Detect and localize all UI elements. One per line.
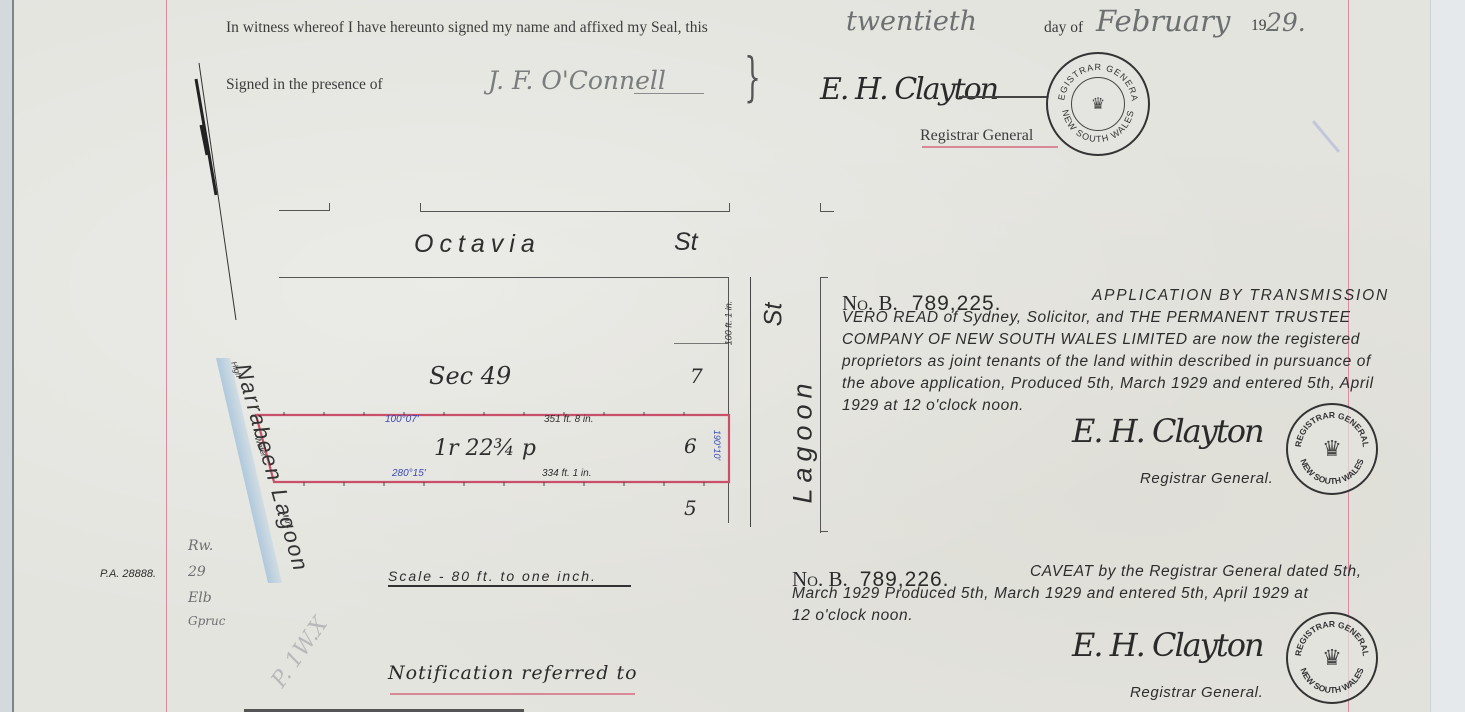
plan-boundary-top-left — [420, 203, 421, 212]
seal-bottom-text: NEW SOUTH WALES — [1060, 109, 1136, 144]
seal-top-text: REGISTRAR GENERAL — [1048, 54, 1140, 103]
plan-tick-a — [279, 210, 329, 211]
entry-1-title: Registrar General. — [1140, 470, 1273, 487]
binding-edge — [0, 0, 14, 712]
entry-line-1: APPLICATION BY TRANSMISSION — [1092, 287, 1389, 305]
length-top: 351 ft. 8 in. — [544, 414, 593, 425]
svg-text:REGISTRAR GENERAL: REGISTRAR GENERAL — [1048, 54, 1140, 103]
entry-line-4: proprietors as joint tenants of the land… — [842, 353, 1371, 371]
lot-5: 5 — [684, 496, 697, 520]
entry-line-3: COMPANY OF NEW SOUTH WALES LIMITED are n… — [842, 331, 1360, 349]
lot-dash — [674, 343, 728, 344]
entry-2-line-1: CAVEAT by the Registrar General dated 5t… — [1030, 563, 1362, 581]
seal-top-text: REGISTRAR GENERAL — [1293, 619, 1371, 657]
bearing-bottom: 280°15' — [392, 468, 426, 479]
lot-area: 1r 22¾ p — [434, 436, 536, 461]
bearing-right: 190°10' — [712, 430, 722, 460]
notification-underline — [390, 693, 635, 695]
plan-tick-b-end — [820, 211, 834, 212]
red-underline — [922, 146, 1058, 148]
bearing-top: 100°07' — [385, 414, 419, 425]
margin-initial-2: 29 — [188, 564, 206, 580]
lagoon-st-far-tick-top — [820, 277, 828, 278]
plan-reference: P.A. 28888. — [100, 568, 156, 580]
svg-text:NEW SOUTH WALES: NEW SOUTH WALES — [1298, 457, 1365, 486]
entry-bracket — [820, 277, 821, 533]
signature-flourish — [959, 96, 1049, 98]
registrar-title-top: Registrar General — [920, 127, 1033, 145]
seal-bottom-text: NEW SOUTH WALES — [1298, 666, 1365, 695]
seal-top-text: REGISTRAR GENERAL — [1293, 410, 1371, 448]
entry-line-2: VERO READ of Sydney, Solicitor, and THE … — [842, 309, 1351, 327]
witness-clause: In witness whereof I have hereunto signe… — [226, 19, 708, 37]
title-deed-page: In witness whereof I have hereunto signe… — [14, 0, 1430, 712]
seal-bottom-text: NEW SOUTH WALES — [1298, 457, 1365, 486]
margin-initial-3: Elb — [188, 590, 212, 606]
witness-signature: J. F. O'Connell — [488, 66, 666, 95]
svg-text:REGISTRAR GENERAL: REGISTRAR GENERAL — [1293, 619, 1371, 657]
blue-pencil-mark — [1312, 120, 1340, 153]
scan-margin-right — [1430, 0, 1465, 712]
street-lagoon: Lagoon — [788, 377, 819, 503]
entry-2-line-3: 12 o'clock noon. — [792, 607, 913, 625]
svg-text:NEW SOUTH WALES: NEW SOUTH WALES — [1060, 109, 1136, 144]
plan-boundary-top-right — [729, 203, 730, 212]
entry-2-signature: E. H. Clayton — [1072, 626, 1263, 664]
plan-boundary-top — [420, 211, 730, 212]
entry-2-line-2: March 1929 Produced 5th, March 1929 and … — [792, 585, 1308, 603]
street-lagoon-suffix: St — [759, 303, 788, 327]
svg-text:REGISTRAR GENERAL: REGISTRAR GENERAL — [1293, 410, 1371, 448]
registrar-seal-entry-2: REGISTRAR GENERAL NEW SOUTH WALES ♛ — [1286, 612, 1378, 704]
notification-referred: Notification referred to — [388, 662, 638, 684]
margin-initial-4: Gpruc — [188, 614, 225, 628]
entry-line-5: the above application, Produced 5th, Mar… — [842, 375, 1374, 393]
length-bottom: 334 ft. 1 in. — [542, 468, 591, 479]
year-handwritten: 29. — [1266, 8, 1306, 37]
scale-note: Scale - 80 ft. to one inch. — [388, 568, 597, 584]
lagoon-st-far-tick-bottom — [820, 531, 828, 532]
diagonal-margin-marks — [174, 55, 254, 335]
svg-text:NEW SOUTH WALES: NEW SOUTH WALES — [1298, 666, 1365, 695]
left-margin-rule — [166, 0, 167, 712]
registrar-signature-top: E. H. Clayton — [820, 72, 997, 107]
margin-initial-1: Rw. — [188, 538, 213, 554]
signature-tail — [634, 93, 704, 94]
year-printed: 19 — [1251, 17, 1267, 35]
street-octavia-suffix: St — [674, 228, 698, 257]
lagoon-st-edge — [750, 277, 751, 527]
registrar-seal-top: REGISTRAR GENERAL NEW SOUTH WALES ♛ — [1046, 52, 1150, 156]
octavia-st-frontage — [279, 277, 729, 278]
entry-2-title: Registrar General. — [1130, 684, 1263, 701]
brace-glyph: } — [744, 48, 761, 108]
entry-line-6: 1929 at 12 o'clock noon. — [842, 397, 1024, 415]
handwritten-day: twentieth — [846, 6, 977, 37]
registrar-seal-entry-1: REGISTRAR GENERAL NEW SOUTH WALES ♛ — [1286, 403, 1378, 495]
street-octavia: Octavia — [414, 230, 541, 259]
entry-1-signature: E. H. Clayton — [1072, 412, 1263, 450]
section-label: Sec 49 — [429, 362, 511, 390]
pencil-note: P. 1W.X — [267, 613, 333, 693]
scale-underline — [388, 585, 631, 587]
length-right-top: 100 ft. 1 in. — [723, 301, 733, 346]
plan-tick-a-end — [329, 203, 330, 211]
day-of-label: day of — [1044, 19, 1083, 37]
lot-7: 7 — [690, 364, 703, 388]
handwritten-month: February — [1096, 4, 1230, 38]
